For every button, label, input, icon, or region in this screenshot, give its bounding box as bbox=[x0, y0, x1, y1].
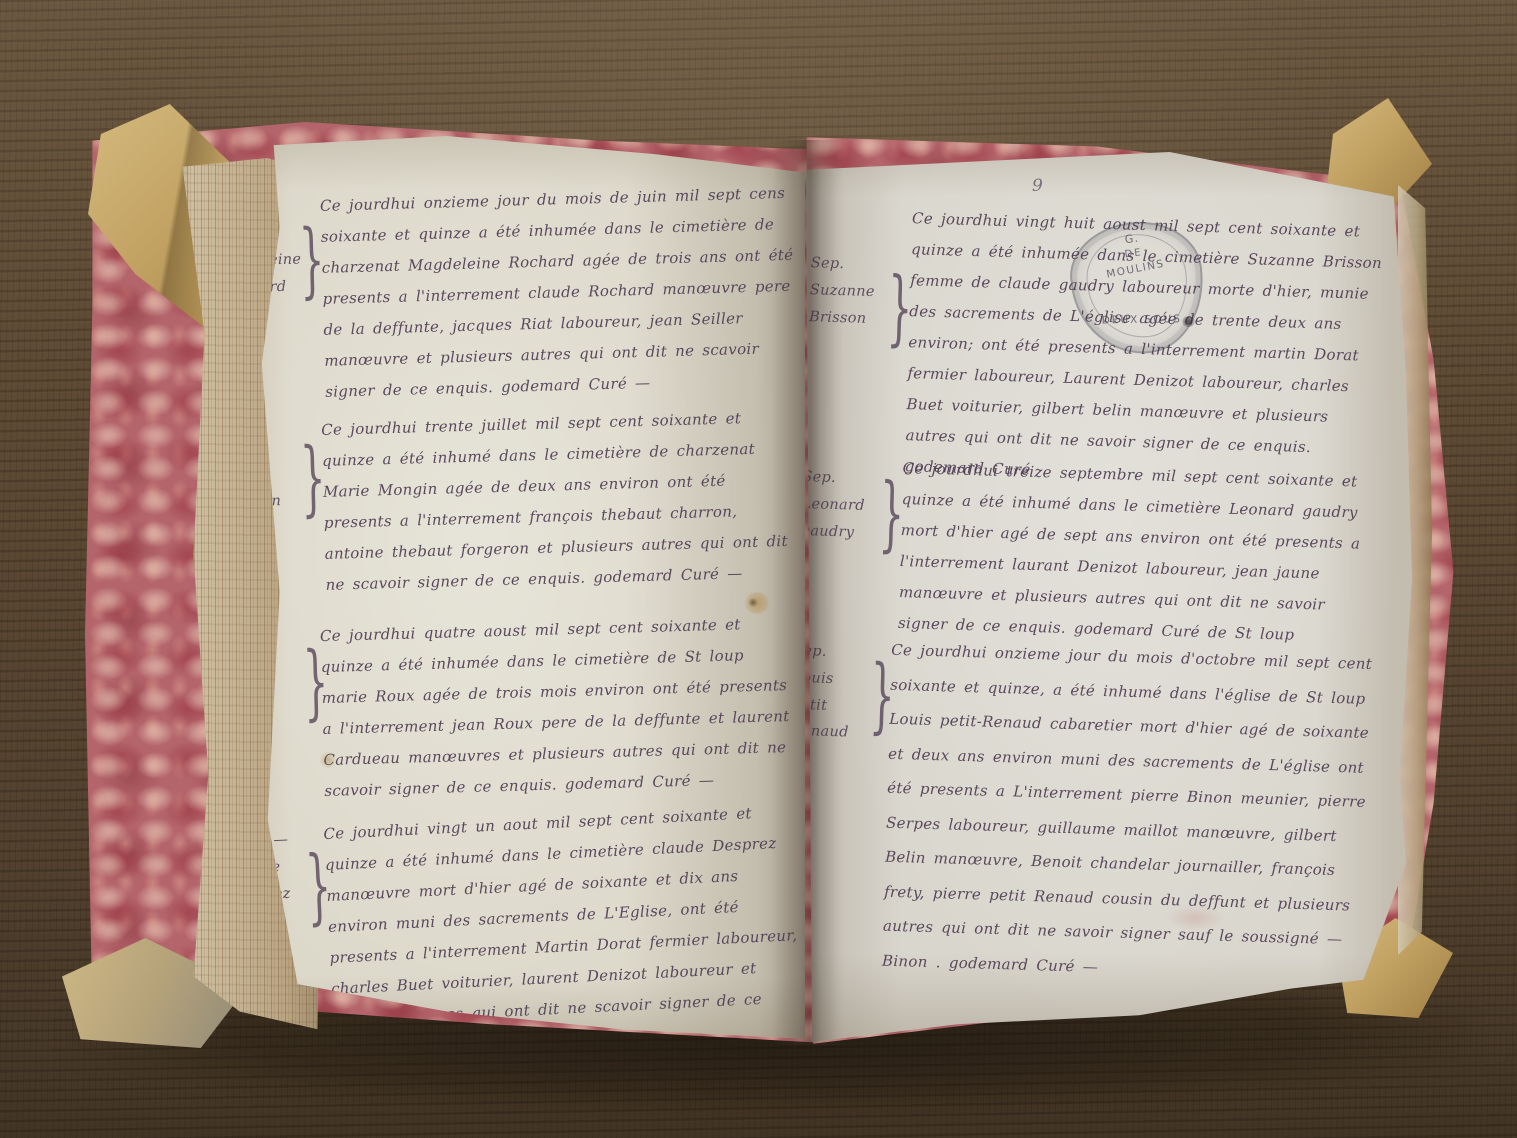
entry-text: Ce jourdhui treize septembre mil sept ce… bbox=[898, 453, 1383, 653]
entry-text: Ce jourdhui onzieme jour du mois de juin… bbox=[320, 178, 801, 409]
left-page-text: Sep. Madeleine Rochard — } Ce jourdhui o… bbox=[208, 119, 830, 1047]
wood-table: Sep. Madeleine Rochard — } Ce jourdhui o… bbox=[0, 0, 1517, 1138]
book-gutter-shadow bbox=[772, 140, 844, 1045]
entry-text: Ce jourdhui quatre aoust mil sept cent s… bbox=[320, 608, 793, 807]
burial-entry: Sep. Marie Mongin } Ce jourdhui trente j… bbox=[221, 402, 801, 608]
entry-text: Ce jourdhui trente juillet mil sept cent… bbox=[321, 402, 796, 601]
entry-text: Ce jourdhui onzieme jour du mois d'octob… bbox=[882, 633, 1380, 992]
paper-stain bbox=[318, 752, 338, 768]
burial-entry: Sep. Madeleine Rochard — } Ce jourdhui o… bbox=[220, 178, 801, 404]
burial-entry: Sep. Leonard gaudry } Ce jourdhui treize… bbox=[798, 450, 1388, 657]
ink-blot bbox=[1182, 316, 1195, 327]
burial-entry: Sep. Louis petit Renaud } Ce jourdhui on… bbox=[784, 630, 1384, 987]
paper-stain bbox=[1165, 905, 1225, 931]
tax-stamp: G. DE MOULINS DEUX SOUS bbox=[1054, 209, 1222, 368]
burial-entry: Sep. Marie Roux } Ce jourdhui quatre aou… bbox=[224, 608, 804, 814]
page-number-mark: 9 bbox=[1032, 176, 1043, 196]
paper-stain bbox=[748, 598, 758, 607]
left-page: Sep. Madeleine Rochard — } Ce jourdhui o… bbox=[208, 136, 805, 1048]
tax-stamp-value: DEUX SOUS bbox=[1066, 312, 1218, 327]
